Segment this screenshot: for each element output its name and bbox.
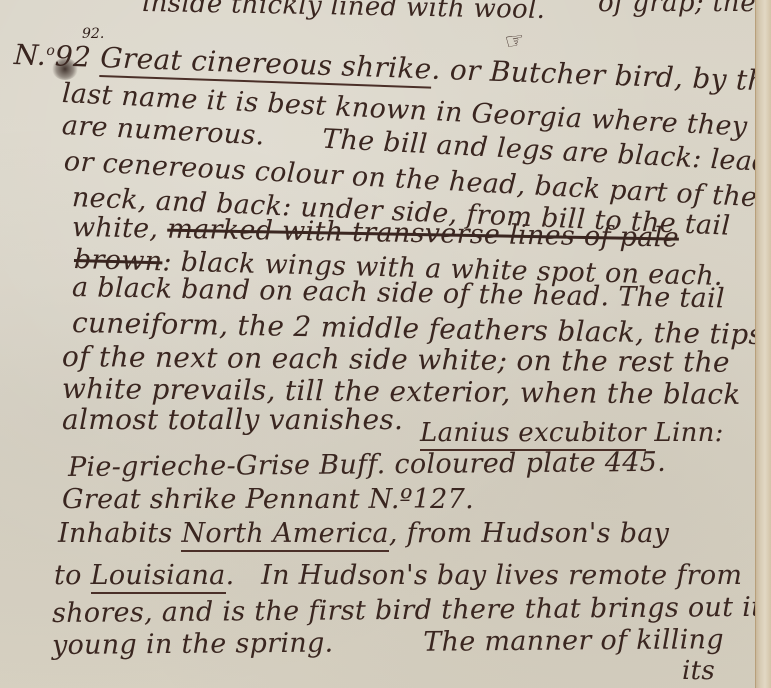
line-19b-text: The manner of killing [423,624,724,658]
catchword-text: its [682,656,715,686]
text-line-0: inside thickly lined with wool. [142,0,546,25]
line-0-right-text: of grap; the [598,0,756,18]
line-14-text: Pie-grieche-Grise Buff. coloured plate 4… [68,447,666,483]
text-line-19: young in the spring. The manner of killi… [52,624,724,661]
place-louisiana: Louisiana [91,560,226,594]
line-17a-text: to [54,560,91,591]
text-line-18: shores, and is the first bird there that… [52,592,756,629]
line-0-text: inside thickly lined with wool. [142,0,546,25]
text-line-17: to Louisiana. In Hudson's bay lives remo… [54,560,742,591]
line-16a-text: Inhabits [58,518,181,549]
heading-rest: . or Butcher bird, by the [431,53,756,98]
manuscript-page: inside thickly lined with wool. of grap;… [0,0,756,688]
line-12-text: almost totally vanishes. [62,403,403,436]
line-15-text: Great shrike Pennant N.º127. [62,484,474,515]
line-19a-text: young in the spring. [52,628,334,661]
text-line-13: Lanius excubitor Linn: [420,418,724,448]
text-line-15: Great shrike Pennant N.º127. [62,484,474,515]
line-18-text: shores, and is the first bird there that… [52,592,756,629]
line-17b-text: . In Hudson's bay lives remote from [226,560,743,591]
line-16b-text: , from Hudson's bay [389,518,669,549]
text-line-0-right: of grap; the [598,0,756,18]
page-edge [755,0,771,688]
text-line-14: Pie-grieche-Grise Buff. coloured plate 4… [68,447,666,483]
text-line-16: Inhabits North America, from Hudson's ba… [58,518,669,549]
text-line-20: its [682,656,715,686]
latin-authority: Linn: [646,418,724,448]
line-6a-text: white, [72,212,159,245]
entry-number: 92 [54,39,91,73]
pointing-hand-icon: ☞ [503,26,527,55]
entry-prefix: N. [13,38,46,72]
latin-name: Lanius excubitor [420,418,646,451]
text-line-12: almost totally vanishes. [62,403,403,436]
place-north-america: North America [181,518,388,552]
